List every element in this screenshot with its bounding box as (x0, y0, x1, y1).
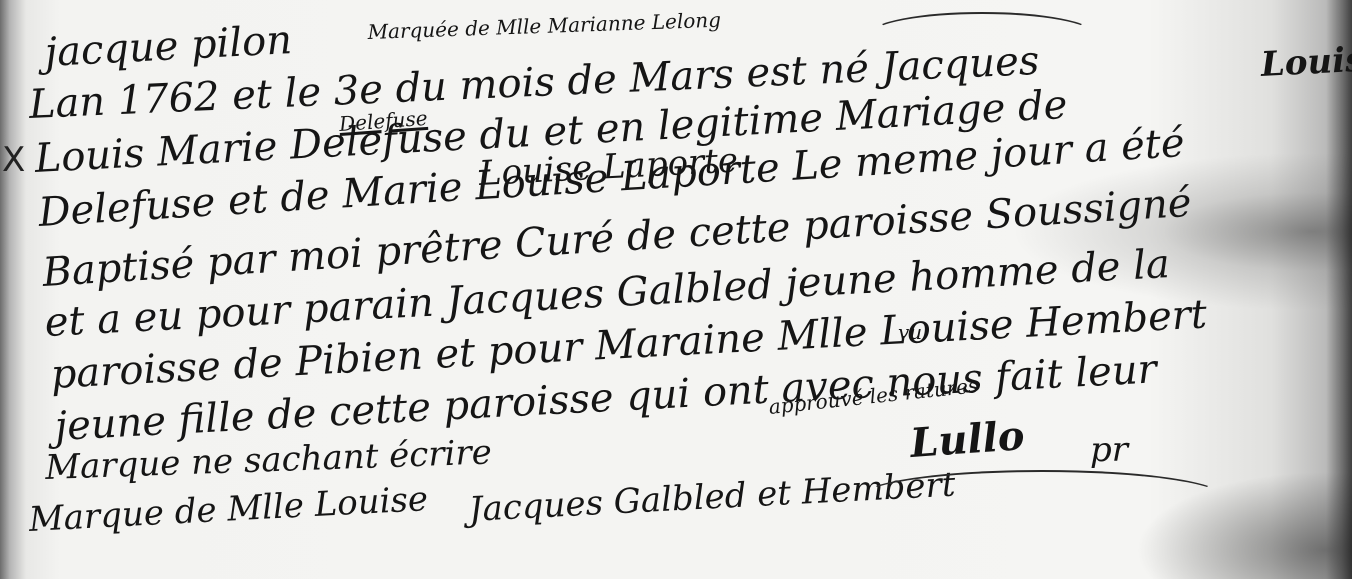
signature-flourish (860, 470, 1224, 524)
signature-priest-title: pr (1090, 430, 1128, 470)
page-edge-shadow (1326, 0, 1352, 579)
signature-priest: Lullo (909, 412, 1026, 467)
signature-mark-louise: Marque de Mlle Louise (28, 479, 429, 540)
margin-cross-mark: X (2, 140, 25, 180)
insertion-louis: Louis (1260, 40, 1352, 85)
top-fragment-name: jacque pilon (44, 17, 294, 76)
register-page: X jacque pilon Marquée de Mlle Marianne … (0, 0, 1352, 579)
top-mark-note: Marquée de Mlle Marianne Lelong (367, 8, 721, 44)
